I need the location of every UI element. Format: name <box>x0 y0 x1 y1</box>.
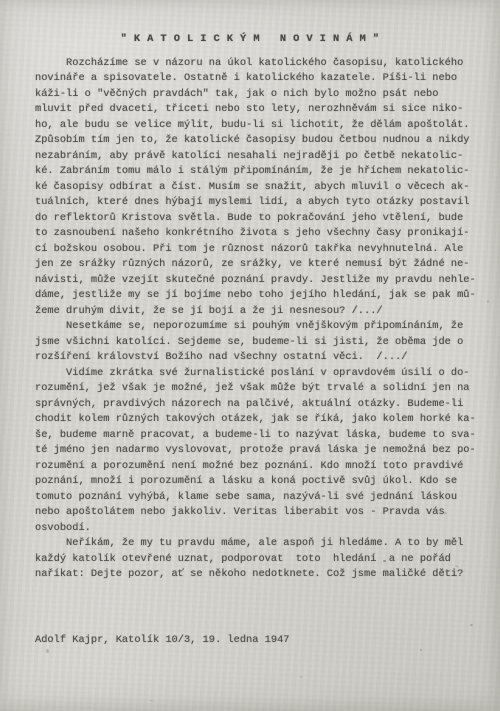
document-body-text: Rozcházíme se v názoru na úkol katolické… <box>35 56 476 582</box>
scan-speck <box>150 700 153 701</box>
scan-speck <box>300 676 302 678</box>
scan-speck <box>470 624 473 626</box>
document-title: " K A T O L I C K Ý M N O V I N Á M " <box>0 33 500 45</box>
scan-speck <box>487 300 489 303</box>
signature-line: Adolf Kajpr, Katolík 10/3, 19. ledna 194… <box>35 634 290 646</box>
scan-speck <box>420 649 422 651</box>
scan-speck <box>46 649 49 653</box>
scanned-typewritten-page: " K A T O L I C K Ý M N O V I N Á M " Ro… <box>0 0 500 711</box>
